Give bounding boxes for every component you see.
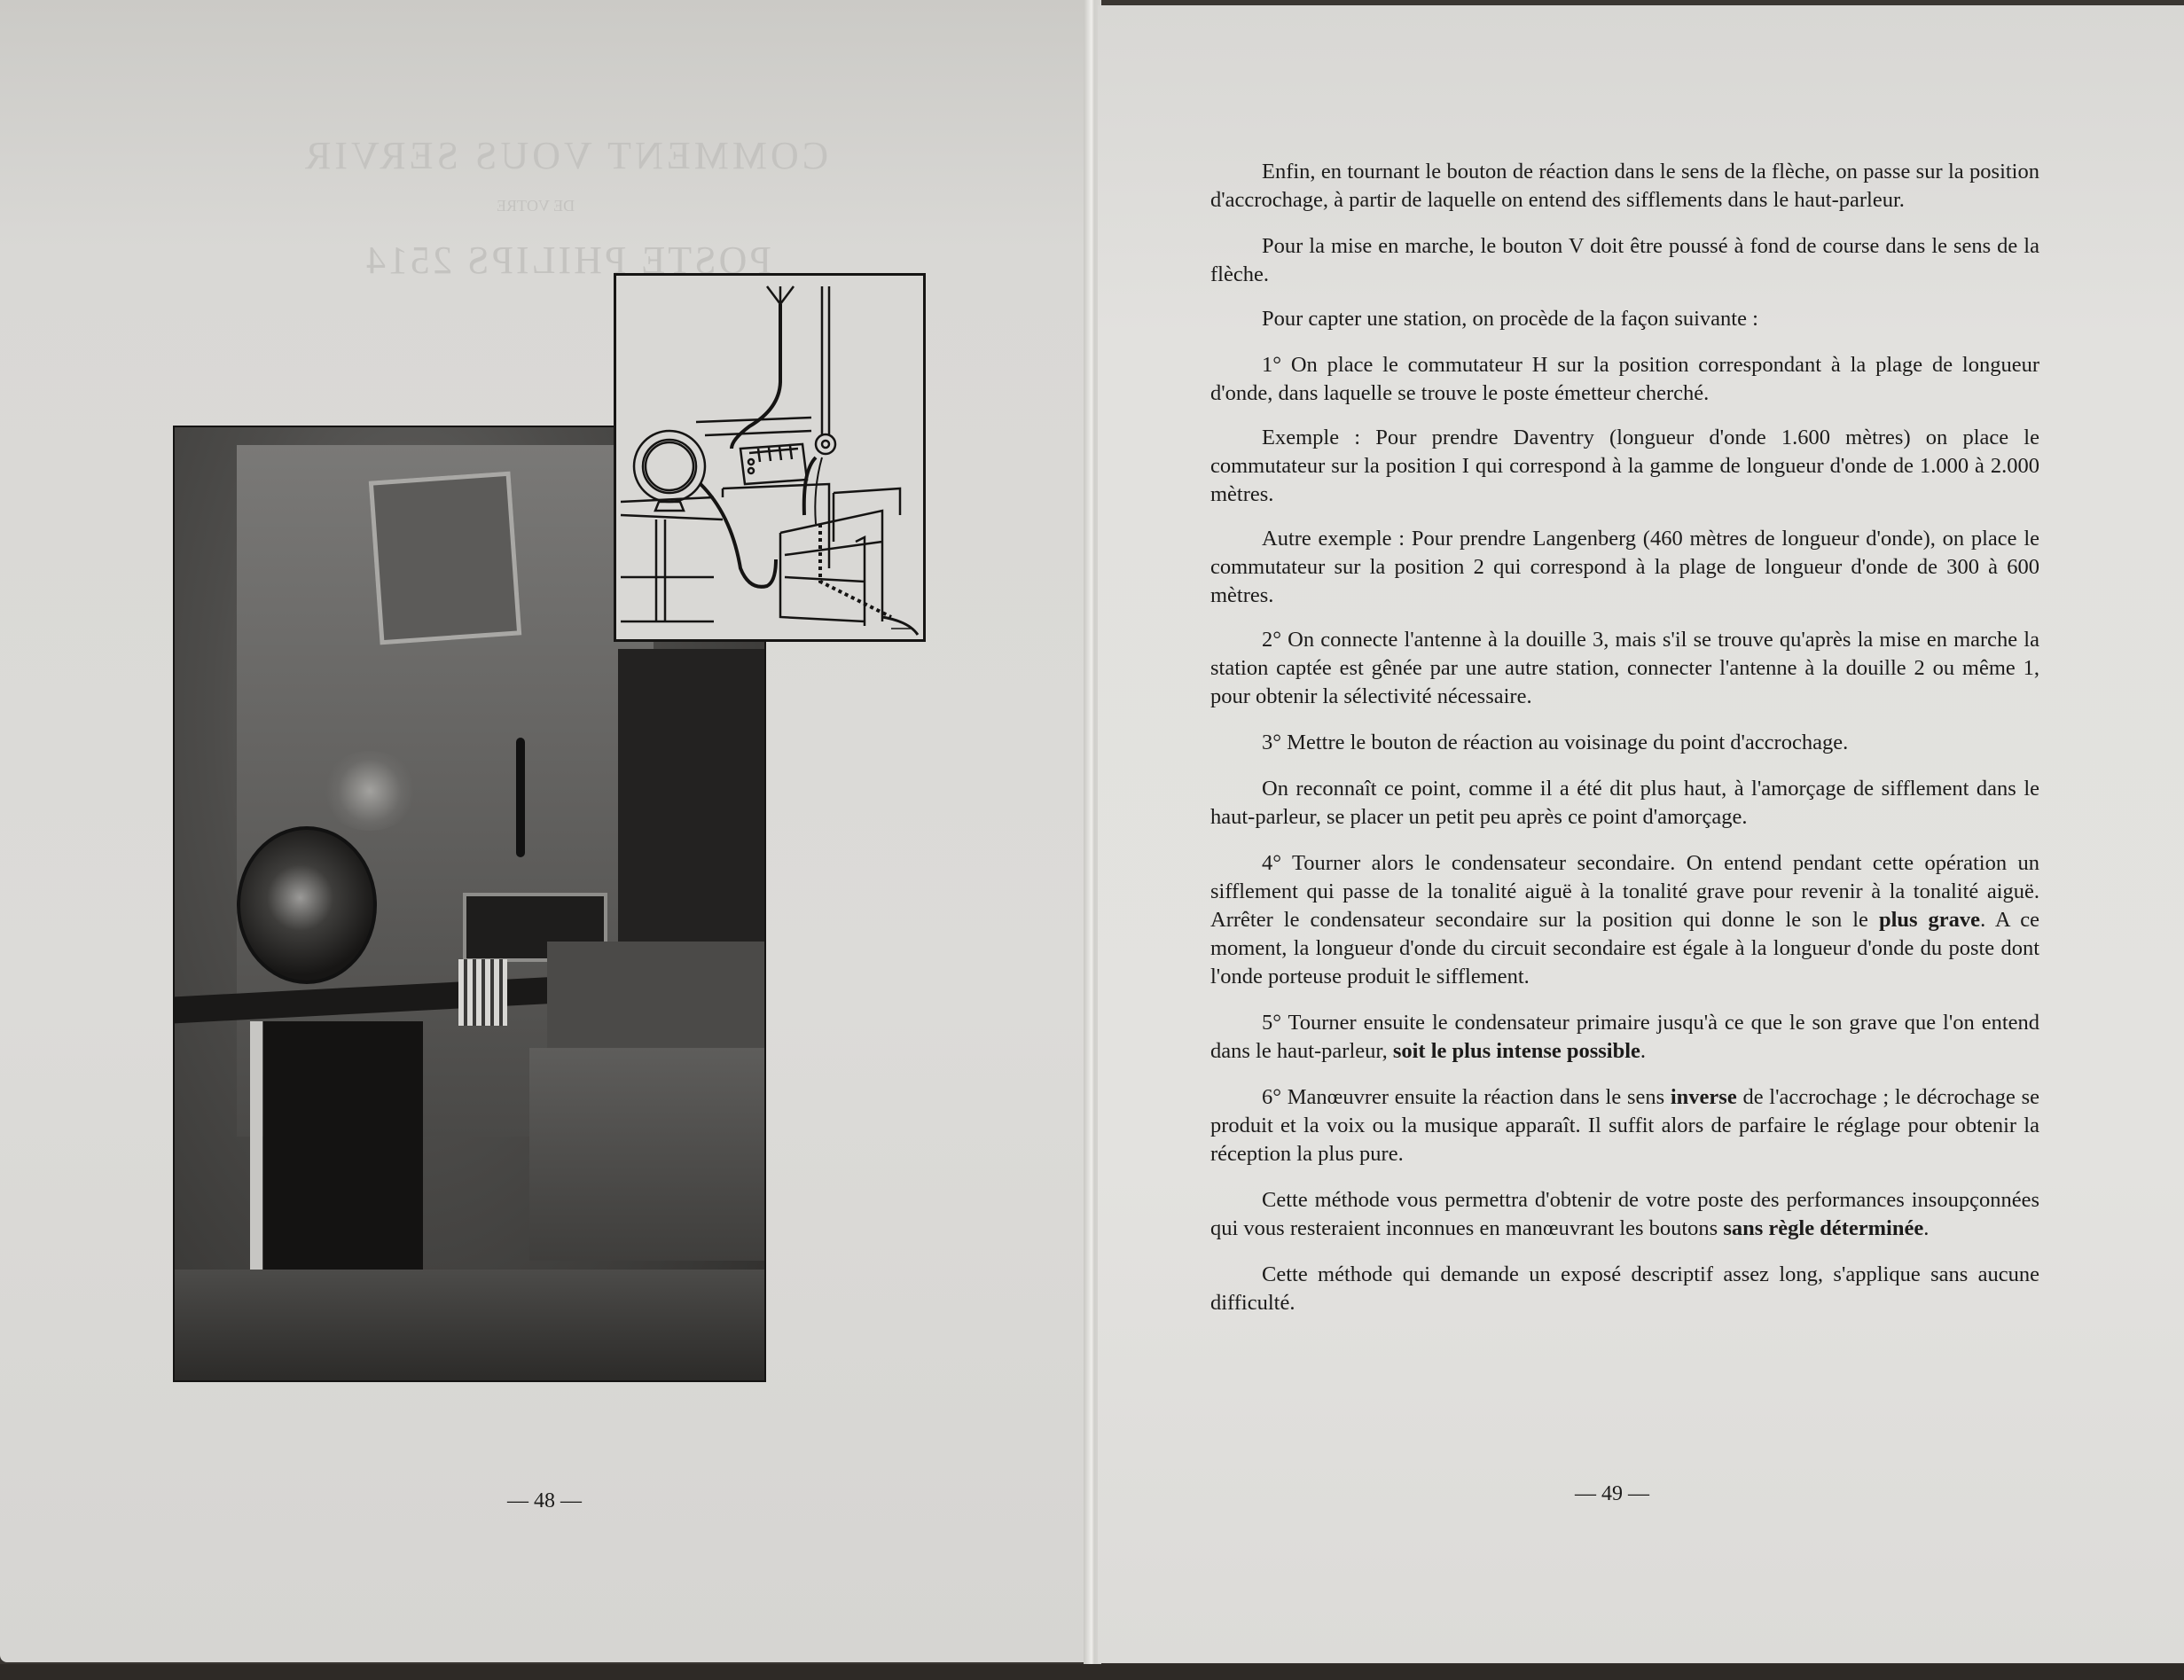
photo-loudspeaker [237,826,377,984]
booklet-spread: COMMENT VOUS SERVIR DE VOTRE POSTE PHILI… [0,0,2184,1680]
paragraph-step-5: 5° Tourner ensuite le condensateur prima… [1210,1009,2039,1066]
bleed-through-title: COMMENT VOUS SERVIR [301,133,828,178]
photo-table-leg [250,1021,262,1287]
paragraph-method-simple: Cette méthode qui demande un exposé desc… [1210,1261,2039,1317]
paragraph-mise-en-marche: Pour la mise en marche, le bouton V doit… [1210,232,2039,289]
photo-picture-frame [369,472,522,645]
paragraph-step-3: 3° Mettre le bouton de réaction au voisi… [1210,729,2039,757]
paragraph-step-4: 4° Tourner alors le condensateur seconda… [1210,849,2039,991]
photo-plant [321,751,419,831]
bleed-through-subtitle: DE VOTRE [497,197,575,215]
paragraph-point-recognition: On reconnaît ce point, comme il a été di… [1210,775,2039,832]
paragraph-accrochage: Enfin, en tournant le bouton de réaction… [1210,158,2039,215]
paragraph-step-1: 1° On place le commutateur H sur la posi… [1210,351,2039,408]
paragraph-example-langenberg: Autre exemple : Pour prendre Langenberg … [1210,525,2039,610]
paragraph-example-daventry: Exemple : Pour prendre Daventry (longueu… [1210,424,2039,509]
wiring-diagram-drawing [616,276,923,639]
photo-floor [175,1270,764,1380]
right-page-body-text: Enfin, en tournant le bouton de réaction… [1210,158,2039,1335]
page-number-right: — 49 — [1575,1482,1649,1506]
wiring-diagram-inset [614,273,926,642]
paragraph-method-performance: Cette méthode vous permettra d'obtenir d… [1210,1186,2039,1243]
table-surface-edge [0,1664,2184,1680]
photo-statuette [516,738,525,857]
page-number-left: — 48 — [507,1489,582,1513]
photo-cabinet [263,1021,423,1287]
paragraph-step-6: 6° Manœuvrer ensuite la réaction dans le… [1210,1083,2039,1168]
paragraph-step-2: 2° On connecte l'antenne à la douille 3,… [1210,626,2039,711]
left-page: COMMENT VOUS SERVIR DE VOTRE POSTE PHILI… [0,0,1086,1662]
paragraph-capter-station: Pour capter une station, on procède de l… [1210,305,2039,333]
photo-books [458,959,507,1026]
photo-sofa [529,1048,764,1261]
